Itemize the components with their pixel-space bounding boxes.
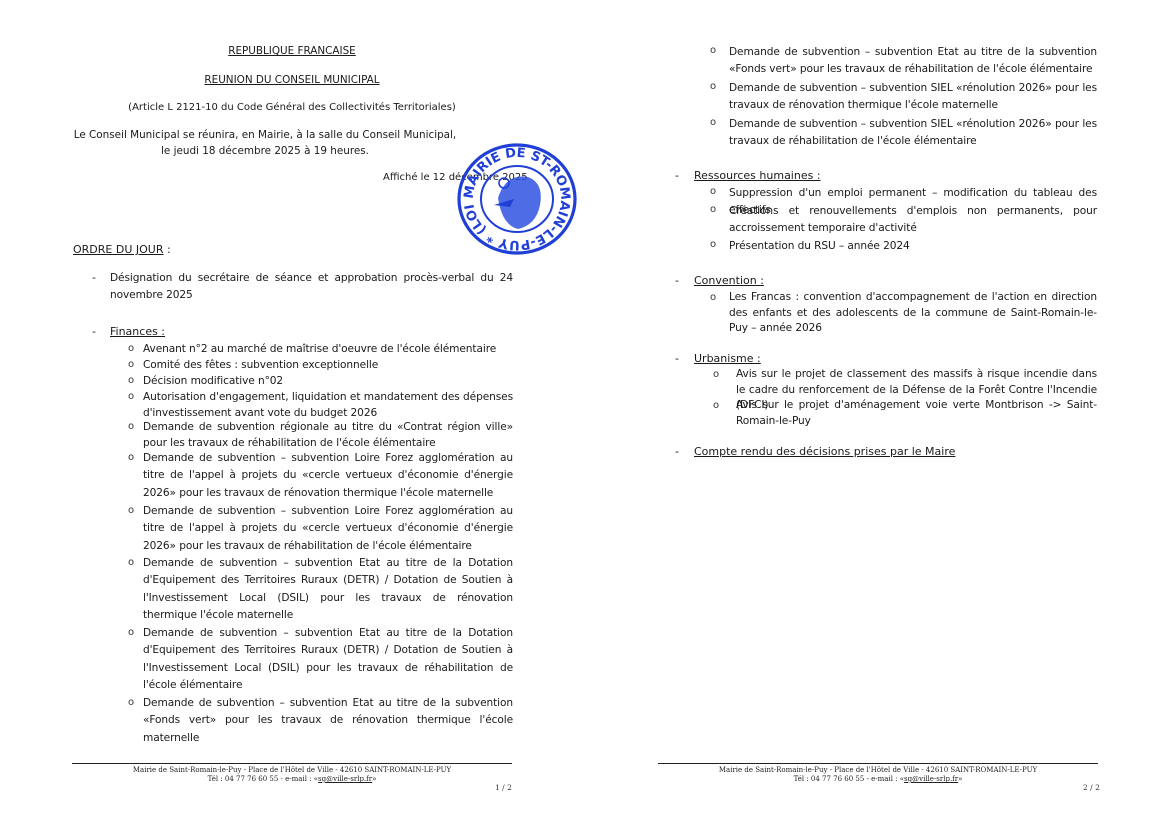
footer-email-link[interactable]: sg@ville-srlp.fr	[318, 775, 372, 783]
finance-item: Demande de subvention – subvention SIEL …	[729, 116, 1097, 151]
finance-item: Demande de subvention – subvention Etat …	[143, 555, 513, 625]
finance-item: Demande de subvention – subvention SIEL …	[729, 80, 1097, 115]
agenda-item-designation: Désignation du secrétaire de séance et a…	[110, 270, 513, 305]
section-bullet: -	[92, 325, 96, 338]
urbanisme-item: Avis sur le projet d'aménagement voie ve…	[736, 398, 1097, 429]
item-bullet: o	[710, 292, 716, 303]
finance-item: Demande de subvention régionale au titre…	[143, 420, 513, 451]
item-bullet: o	[128, 557, 134, 568]
section-bullet: -	[675, 274, 679, 287]
item-bullet: o	[128, 343, 134, 354]
section-bullet: -	[675, 445, 679, 458]
hr-item: Créations et renouvellements d'emplois n…	[729, 203, 1097, 238]
finance-item: Autorisation d'engagement, liquidation e…	[143, 390, 513, 421]
item-bullet: o	[128, 505, 134, 516]
item-bullet: o	[128, 421, 134, 432]
document-page-1: REPUBLIQUE FRANCAISE REUNION DU CONSEIL …	[0, 0, 584, 827]
finance-item: Demande de subvention – subvention Loire…	[143, 503, 513, 555]
item-bullet: o	[128, 375, 134, 386]
section-title-compte-rendu: Compte rendu des décisions prises par le…	[694, 444, 955, 460]
finance-item: Demande de subvention – subvention Etat …	[143, 625, 513, 695]
meeting-notice-line2: le jeudi 18 décembre 2025 à 19 heures.	[30, 145, 500, 157]
item-bullet: o	[128, 697, 134, 708]
convention-item: Les Francas : convention d'accompagnemen…	[729, 290, 1097, 337]
finance-item: Demande de subvention – subvention Etat …	[143, 695, 513, 747]
article-reference: (Article L 2121-10 du Code Général des C…	[0, 102, 584, 113]
item-bullet: o	[710, 45, 716, 56]
hr-item: Présentation du RSU – année 2024	[729, 238, 1097, 255]
footer-rule	[72, 763, 512, 764]
item-bullet: o	[710, 204, 716, 215]
footer-rule	[658, 763, 1098, 764]
item-bullet: o	[713, 369, 719, 380]
agenda-title: ORDRE DU JOUR :	[73, 242, 171, 258]
item-bullet: o	[710, 239, 716, 250]
item-bullet: o	[128, 359, 134, 370]
finance-item: Avenant n°2 au marché de maîtrise d'oeuv…	[143, 342, 513, 358]
item-bullet: o	[710, 117, 716, 128]
section-bullet: -	[675, 352, 679, 365]
section-bullet: -	[92, 271, 96, 284]
finance-item: Comité des fêtes : subvention exceptionn…	[143, 358, 513, 374]
meeting-notice-line1: Le Conseil Municipal se réunira, en Mair…	[30, 129, 500, 141]
page-number: 1 / 2	[495, 783, 512, 792]
section-title-urbanisme: Urbanisme :	[694, 351, 761, 367]
item-bullet: o	[710, 186, 716, 197]
item-bullet: o	[710, 81, 716, 92]
republic-heading: REPUBLIQUE FRANCAISE	[0, 45, 584, 57]
section-bullet: -	[675, 169, 679, 182]
item-bullet: o	[713, 400, 719, 411]
finance-item: Demande de subvention – subvention Etat …	[729, 44, 1097, 79]
section-title-ressources-humaines: Ressources humaines :	[694, 168, 821, 184]
section-title-finances: Finances :	[110, 324, 165, 340]
item-bullet: o	[128, 391, 134, 402]
meeting-heading: REUNION DU CONSEIL MUNICIPAL	[0, 74, 584, 86]
footer-contact: Tél : 04 77 76 60 55 - e-mail : «sg@vill…	[658, 774, 1098, 784]
item-bullet: o	[128, 627, 134, 638]
page-number: 2 / 2	[1083, 783, 1100, 792]
finance-item: Décision modificative n°02	[143, 374, 513, 390]
finance-item: Demande de subvention – subvention Loire…	[143, 450, 513, 502]
footer-email-link[interactable]: sg@ville-srlp.fr	[904, 775, 958, 783]
footer-contact: Tél : 04 77 76 60 55 - e-mail : «sg@vill…	[72, 774, 512, 784]
item-bullet: o	[128, 452, 134, 463]
town-hall-stamp: MAIRIE DE ST-ROMAIN-LE-PUY * (LOIRE) *	[456, 143, 578, 255]
section-title-convention: Convention :	[694, 273, 764, 289]
document-page-2: o Demande de subvention – subvention Eta…	[585, 0, 1169, 827]
